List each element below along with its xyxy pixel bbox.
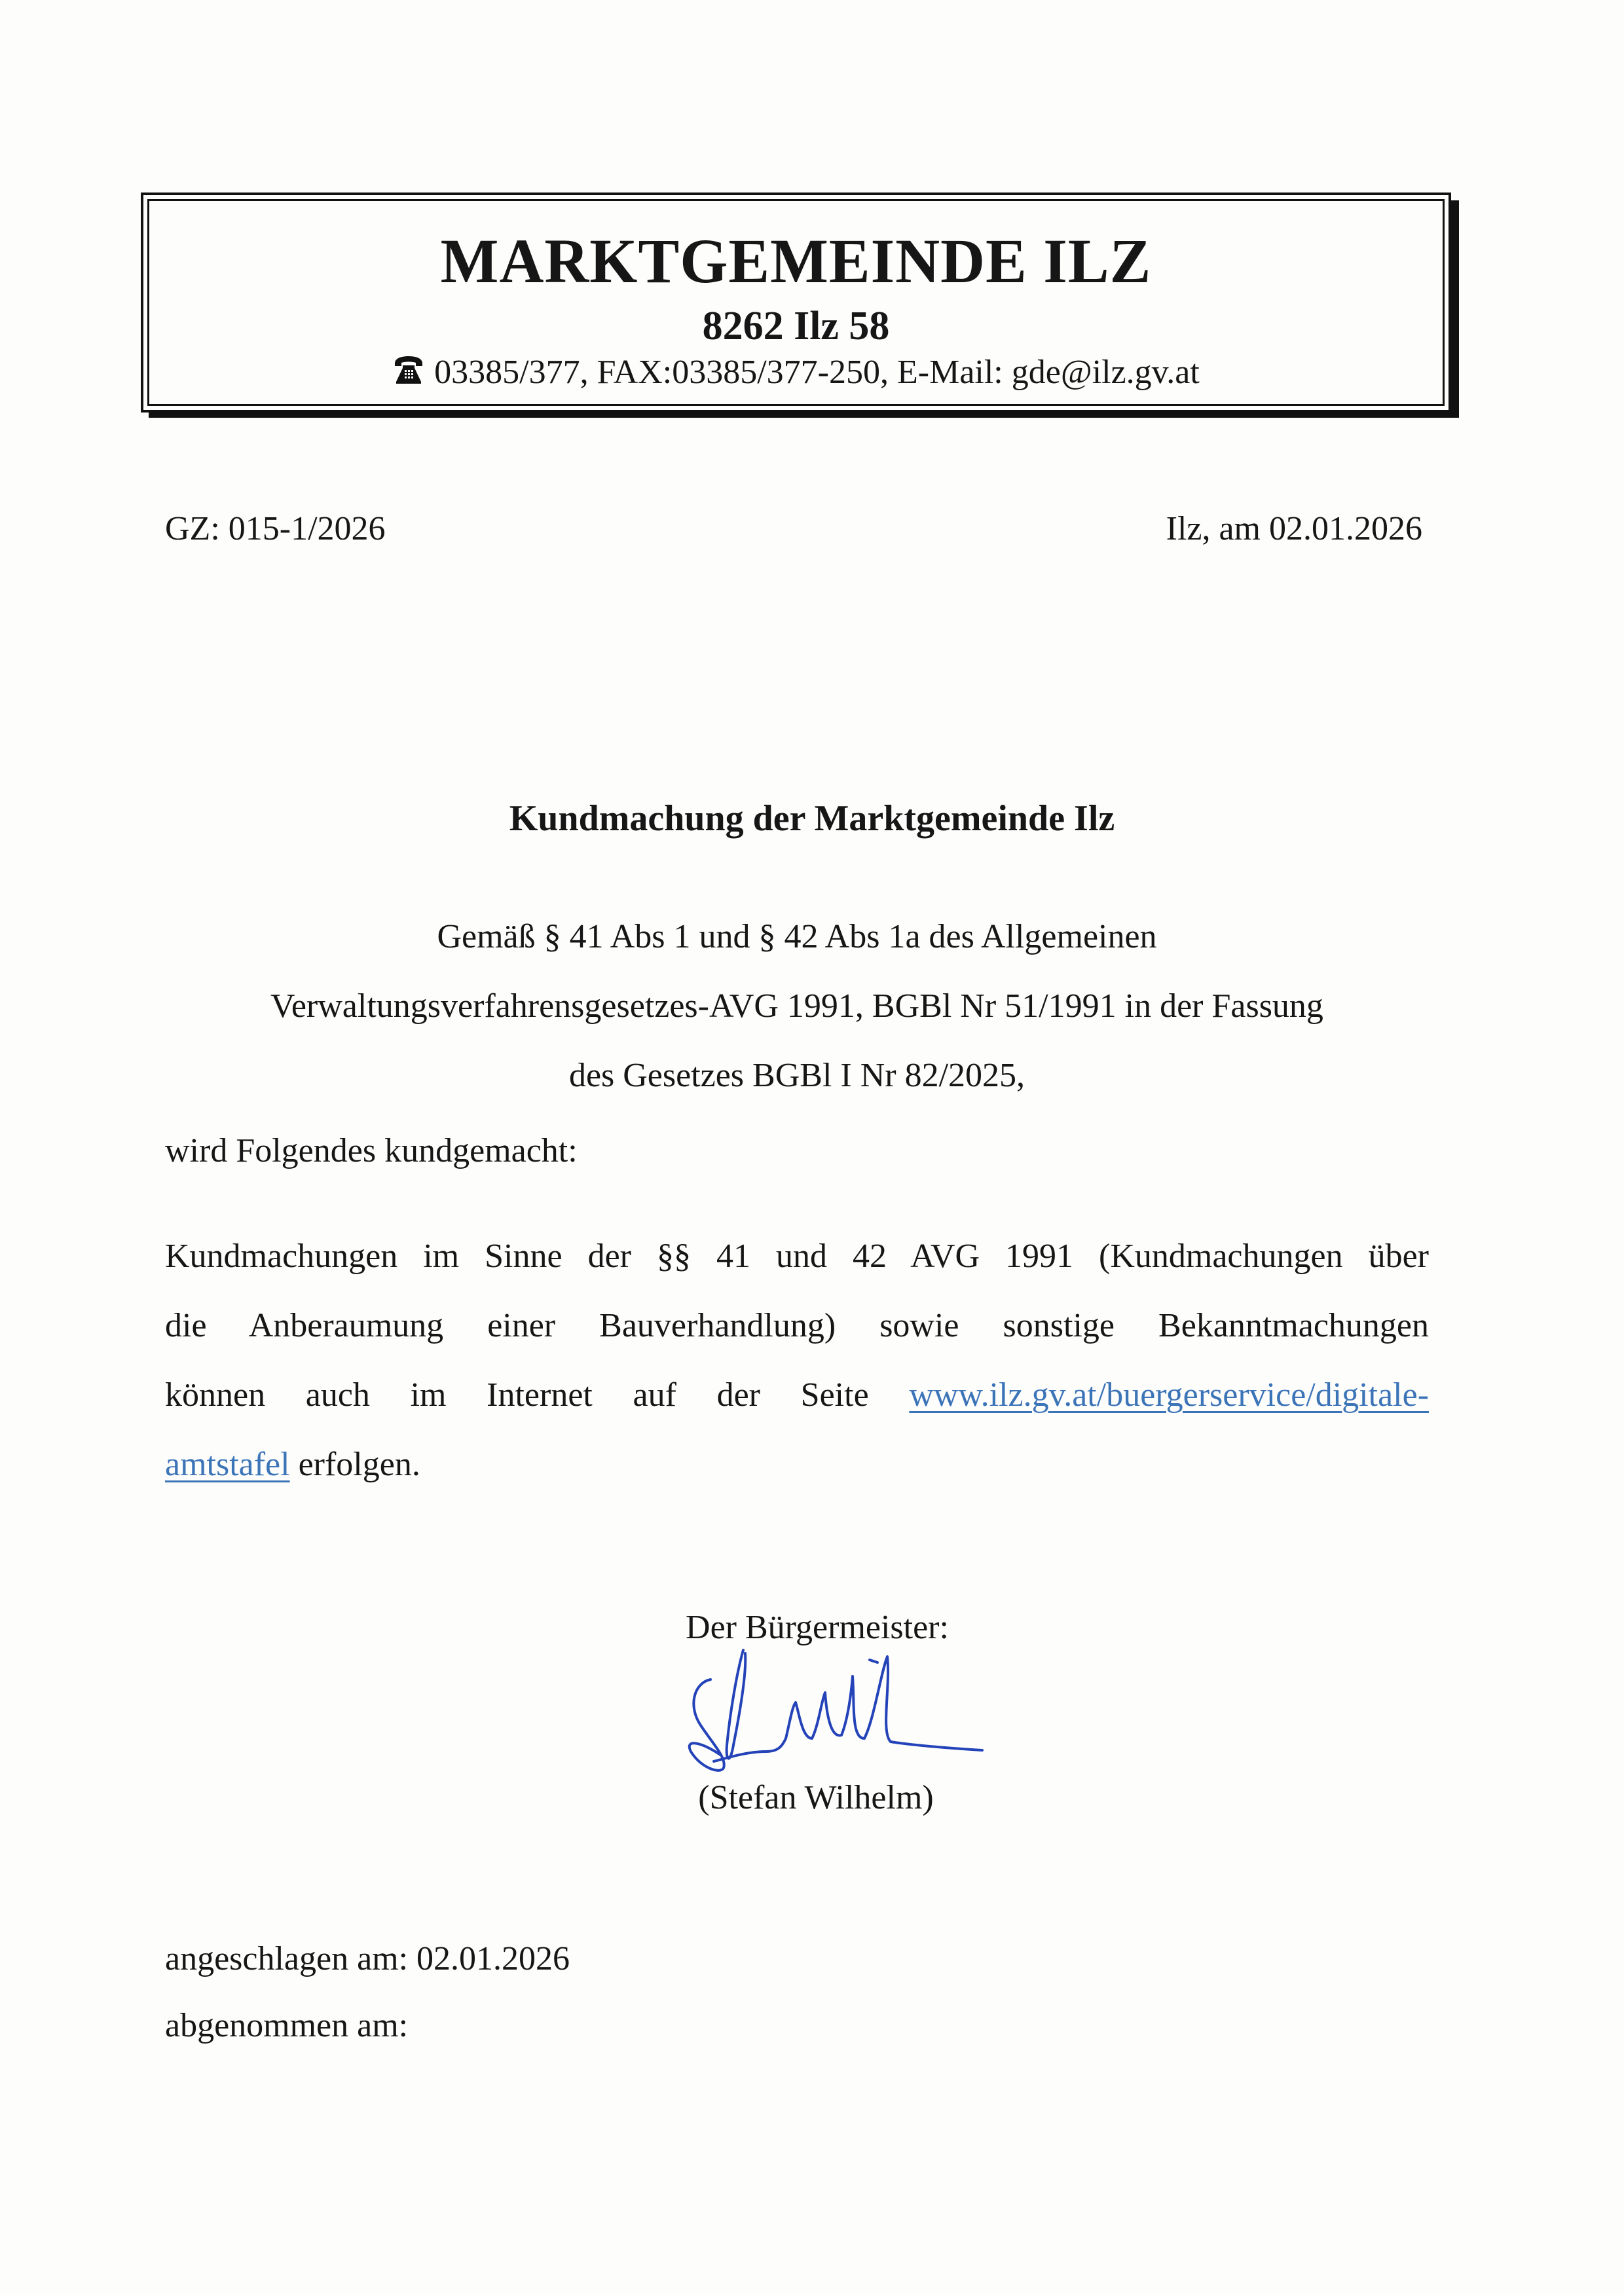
file-number: GZ: 015-1/2026 (165, 512, 386, 546)
place-and-date: Ilz, am 02.01.2026 (1166, 512, 1422, 546)
signer-name: (Stefan Wilhelm) (0, 1781, 1624, 1815)
legal-basis-line: des Gesetzes BGBl I Nr 82/2025, (165, 1041, 1429, 1111)
handwritten-signature (674, 1647, 989, 1778)
body-line: die Anberaumung einer Bauverhandlung) so… (165, 1291, 1429, 1361)
removed-on-date: abgenommen am: (165, 2009, 408, 2043)
telephone-icon (392, 356, 425, 384)
body-line: können auch im Internet auf der Seite ww… (165, 1361, 1429, 1430)
body-line-text: können auch im Internet auf der Seite (165, 1376, 869, 1414)
municipality-name: MARKTGEMEINDE ILZ (162, 230, 1430, 293)
legal-basis-line: Verwaltungsverfahrensgesetzes-AVG 1991, … (165, 972, 1429, 1041)
legal-basis: Gemäß § 41 Abs 1 und § 42 Abs 1a des All… (165, 902, 1429, 1111)
body-line: Kundmachungen im Sinne der §§ 41 und 42 … (165, 1222, 1429, 1291)
digital-notice-board-link[interactable]: www.ilz.gv.at/buergerservice/digitale- (909, 1376, 1429, 1414)
digital-notice-board-link-continued[interactable]: amtstafel (165, 1446, 290, 1483)
body-line-text: erfolgen. (290, 1446, 420, 1483)
notice-body: Kundmachungen im Sinne der §§ 41 und 42 … (165, 1222, 1429, 1499)
signature-label: Der Bürgermeister: (0, 1611, 1624, 1645)
contact-details: 03385/377, FAX:03385/377-250, E-Mail: gd… (434, 354, 1200, 391)
contact-line: 03385/377, FAX:03385/377-250, E-Mail: gd… (149, 356, 1443, 390)
posted-on-date: angeschlagen am: 02.01.2026 (165, 1942, 570, 1976)
municipality-address: 8262 Ilz 58 (149, 306, 1443, 346)
letterhead-box: MARKTGEMEINDE ILZ 8262 Ilz 58 03385/377,… (141, 193, 1451, 413)
legal-basis-line: Gemäß § 41 Abs 1 und § 42 Abs 1a des All… (165, 902, 1429, 972)
notice-title: Kundmachung der Marktgemeinde Ilz (0, 800, 1624, 837)
body-line: amtstafel erfolgen. (165, 1430, 1429, 1499)
letterhead-inner-frame: MARKTGEMEINDE ILZ 8262 Ilz 58 03385/377,… (147, 199, 1445, 406)
intro-line: wird Folgendes kundgemacht: (165, 1134, 578, 1168)
